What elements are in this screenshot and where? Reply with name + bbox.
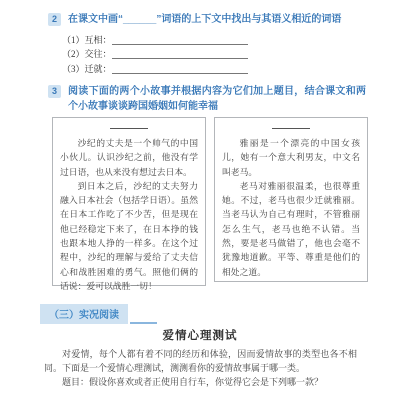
answer-blank	[112, 72, 248, 74]
story-title-blank	[272, 128, 310, 129]
answer-blank	[112, 57, 248, 59]
fill-in-row-2: （2）交往：	[62, 46, 248, 61]
question-2-number-badge: 2	[48, 13, 61, 26]
fill-in-row-1: （1）互相：	[62, 31, 248, 46]
story-box-2: 雅丽是一个漂亮的中国女孩儿，她有一个意大利男友，中文名叫老马。 老马对雅丽很温柔…	[214, 117, 368, 282]
section-header: （三）实况阅读	[40, 304, 157, 324]
question-3: 3 阅读下面的两个小故事并根据内容为它们加上题目，结合课文和两个小故事谈谈跨国婚…	[48, 84, 366, 114]
question-2-items: （1）互相： （2）交往： （3）迁就：	[62, 31, 248, 75]
story-1-paragraph-2: 到日本之后，沙纪的丈夫努力融入日本社会（包括学日语）。虽然在日本工作吃了不少苦，…	[60, 179, 198, 293]
question-3-number-badge: 3	[48, 85, 61, 98]
question-3-title: 阅读下面的两个小故事并根据内容为它们加上题目，结合课文和两个小故事谈谈跨国婚姻如…	[68, 84, 366, 114]
answer-blank	[112, 43, 248, 45]
story-2-paragraph-2: 老马对雅丽很温柔，也很尊重她。不过，老马也很少迁就雅丽。当老马认为自己有理时，不…	[222, 179, 360, 279]
story-2-paragraph-1: 雅丽是一个漂亮的中国女孩儿，她有一个意大利男友，中文名叫老马。	[222, 136, 360, 179]
reading-intro-paragraph: 对爱情，每个人都有着不同的经历和体验，因而爱情故事的类型也各不相同。下面是一个爱…	[44, 347, 357, 375]
reading-body: 对爱情，每个人都有着不同的经历和体验，因而爱情故事的类型也各不相同。下面是一个爱…	[44, 347, 357, 389]
fill-in-label: （3）迁就：	[62, 62, 112, 75]
reading-title: 爱情心理测试	[0, 327, 400, 343]
fill-in-row-3: （3）迁就：	[62, 60, 248, 75]
story-boxes: 沙纪的丈夫是一个帅气的中国小伙儿。认识沙纪之前，他没有学过日语，也从来没有想过去…	[52, 117, 368, 286]
fill-in-label: （1）互相：	[62, 33, 112, 46]
worksheet-page: 2 在课文中画“______”词语的上下文中找出与其语义相近的词语 （1）互相：…	[0, 0, 400, 400]
story-title-blank	[110, 128, 148, 129]
reading-question-line: 题目：假设你喜欢或者正使用自行车，你觉得它会是下列哪一款？	[44, 375, 357, 389]
story-box-1: 沙纪的丈夫是一个帅气的中国小伙儿。认识沙纪之前，他没有学过日语，也从来没有想过去…	[52, 117, 206, 286]
question-2: 2 在课文中画“______”词语的上下文中找出与其语义相近的词语	[48, 12, 370, 27]
section-header-underline	[130, 318, 157, 324]
story-1-paragraph-1: 沙纪的丈夫是一个帅气的中国小伙儿。认识沙纪之前，他没有学过日语，也从来没有想过去…	[60, 136, 198, 179]
section-header-label: （三）实况阅读	[40, 304, 128, 324]
question-2-title: 在课文中画“______”词语的上下文中找出与其语义相近的词语	[68, 12, 341, 27]
fill-in-label: （2）交往：	[62, 47, 112, 60]
